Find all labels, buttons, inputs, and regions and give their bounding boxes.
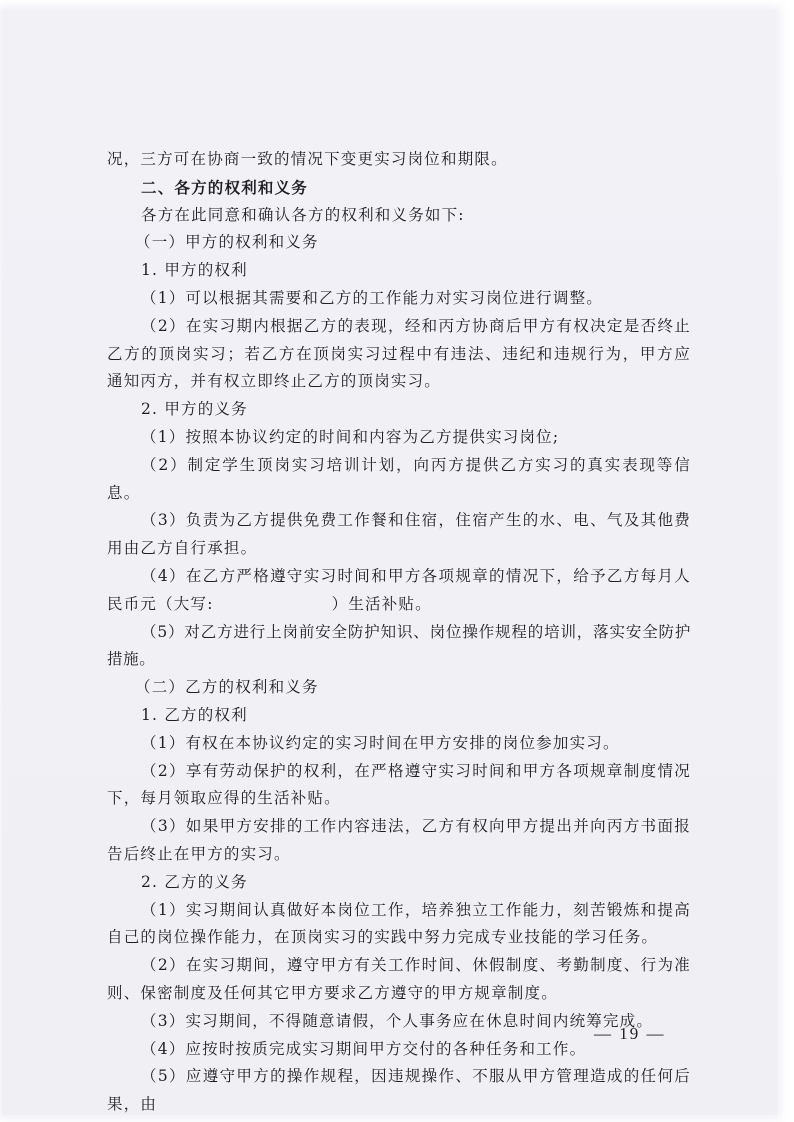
obligation-4-text-after: ）生活补贴。 [332,595,432,613]
party-b-obligation-5: （5）应遵守甲方的操作规程，因违规操作、不服从甲方管理造成的任何后果，由 [107,1063,691,1119]
intro-paragraph: 各方在此同意和确认各方的权利和义务如下: [107,202,691,230]
subsection-heading-party-b: （二）乙方的权利和义务 [107,674,691,702]
document-body: 况，三方可在协商一致的情况下变更实习岗位和期限。 二、各方的权利和义务 各方在此… [107,146,691,1119]
item-heading-party-b-obligations: 2. 乙方的义务 [107,869,691,897]
party-a-obligation-2: （2）制定学生顶岗实习培训计划，向丙方提供乙方实习的真实表现等信息。 [107,452,691,508]
continuation-text: 况，三方可在协商一致的情况下变更实习岗位和期限。 [107,146,691,174]
party-a-obligation-4: （4）在乙方严格遵守实习时间和甲方各项规章的情况下，给予乙方每月人民币元（大写:… [107,563,691,619]
item-heading-party-b-rights: 1. 乙方的权利 [107,702,691,730]
item-heading-party-a-rights: 1. 甲方的权利 [107,257,691,285]
subsection-heading-party-a: （一）甲方的权利和义务 [107,229,691,257]
party-a-right-1: （1）可以根据其需要和乙方的工作能力对实习岗位进行调整。 [107,285,691,313]
page-number: — 19 — [594,1024,666,1044]
party-a-obligation-5: （5）对乙方进行上岗前安全防护知识、岗位操作规程的培训，落实安全防护措施。 [107,619,691,675]
party-a-obligation-1: （1）按照本协议约定的时间和内容为乙方提供实习岗位; [107,424,691,452]
party-a-right-2: （2）在实习期内根据乙方的表现，经和丙方协商后甲方有权决定是否终止乙方的顶岗实习… [107,313,691,396]
party-b-obligation-1: （1）实习期间认真做好本岗位工作，培养独立工作能力，刻苦锻炼和提高自己的岗位操作… [107,897,691,953]
party-a-obligation-3: （3）负责为乙方提供免费工作餐和住宿，住宿产生的水、电、气及其他费用由乙方自行承… [107,507,691,563]
item-heading-party-a-obligations: 2. 甲方的义务 [107,396,691,424]
section-heading-rights-obligations: 二、各方的权利和义务 [107,174,691,202]
party-b-right-3: （3）如果甲方安排的工作内容违法，乙方有权向甲方提出并向丙方书面报告后终止在甲方… [107,813,691,869]
party-b-right-1: （1）有权在本协议约定的实习时间在甲方安排的岗位参加实习。 [107,730,691,758]
party-b-obligation-2: （2）在实习期间，遵守甲方有关工作时间、休假制度、考勤制度、行为准则、保密制度及… [107,952,691,1008]
party-b-right-2: （2）享有劳动保护的权利，在严格遵守实习时间和甲方各项规章制度情况下，每月领取应… [107,758,691,814]
